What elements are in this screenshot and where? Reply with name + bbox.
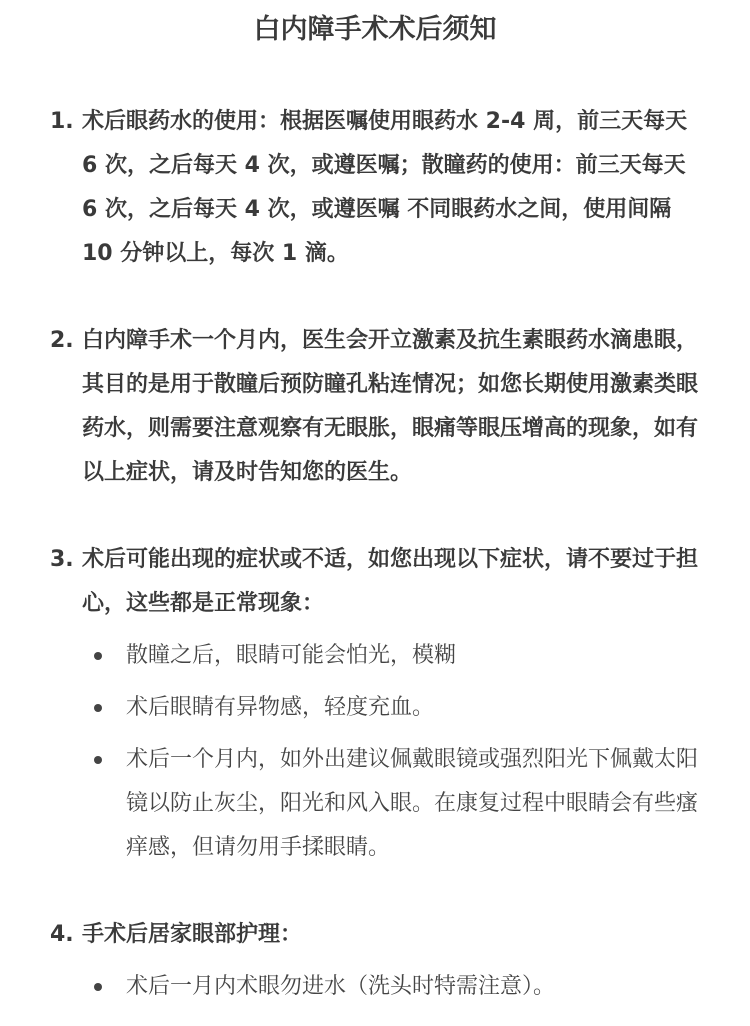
section-text: 白内障手术一个月内，医生会开立激素及抗生素眼药水滴患眼，其目的是用于散瞳后预防瞳… xyxy=(82,328,698,485)
section-2: 2. 白内障手术一个月内，医生会开立激素及抗生素眼药水滴患眼，其目的是用于散瞳后… xyxy=(0,319,750,495)
bullet-text: 术后眼睛有异物感，轻度充血。 xyxy=(126,695,434,720)
page-title: 白内障手术术后须知 xyxy=(0,0,750,50)
section-number: 4. xyxy=(50,913,74,957)
home-care-list: 术后一月内术眼勿进水（洗头时特需注意）。 xyxy=(82,965,704,1009)
bullet-icon xyxy=(94,652,102,660)
bullet-text: 术后一个月内，如外出建议佩戴眼镜或强烈阳光下佩戴太阳镜以防止灰尘，阳光和风入眼。… xyxy=(126,747,698,860)
section-1: 1. 术后眼药水的使用：根据医嘱使用眼药水 2-4 周，前三天每天 6 次，之后… xyxy=(0,100,750,276)
bullet-text: 术后一月内术眼勿进水（洗头时特需注意）。 xyxy=(126,974,555,999)
section-text: 术后眼药水的使用：根据医嘱使用眼药水 2-4 周，前三天每天 6 次，之后每天 … xyxy=(82,109,687,266)
section-text: 术后可能出现的症状或不适，如您出现以下症状，请不要过于担心，这些都是正常现象： xyxy=(82,547,698,616)
symptom-list: 散瞳之后，眼睛可能会怕光，模糊 术后眼睛有异物感，轻度充血。 术后一个月内，如外… xyxy=(82,634,704,870)
bullet-icon xyxy=(94,756,102,764)
section-number: 3. xyxy=(50,538,74,582)
section-number: 1. xyxy=(50,100,74,144)
list-item: 术后一个月内，如外出建议佩戴眼镜或强烈阳光下佩戴太阳镜以防止灰尘，阳光和风入眼。… xyxy=(82,738,704,870)
bullet-text: 散瞳之后，眼睛可能会怕光，模糊 xyxy=(126,643,456,668)
instructions-list: 1. 术后眼药水的使用：根据医嘱使用眼药水 2-4 周，前三天每天 6 次，之后… xyxy=(0,100,750,1009)
list-item: 术后眼睛有异物感，轻度充血。 xyxy=(82,686,704,730)
list-item: 术后一月内术眼勿进水（洗头时特需注意）。 xyxy=(82,965,704,1009)
section-text: 手术后居家眼部护理： xyxy=(82,922,302,947)
bullet-icon xyxy=(94,704,102,712)
bullet-icon xyxy=(94,983,102,991)
section-number: 2. xyxy=(50,319,74,363)
section-3: 3. 术后可能出现的症状或不适，如您出现以下症状，请不要过于担心，这些都是正常现… xyxy=(0,538,750,870)
list-item: 散瞳之后，眼睛可能会怕光，模糊 xyxy=(82,634,704,678)
section-4: 4. 手术后居家眼部护理： 术后一月内术眼勿进水（洗头时特需注意）。 xyxy=(0,913,750,1009)
